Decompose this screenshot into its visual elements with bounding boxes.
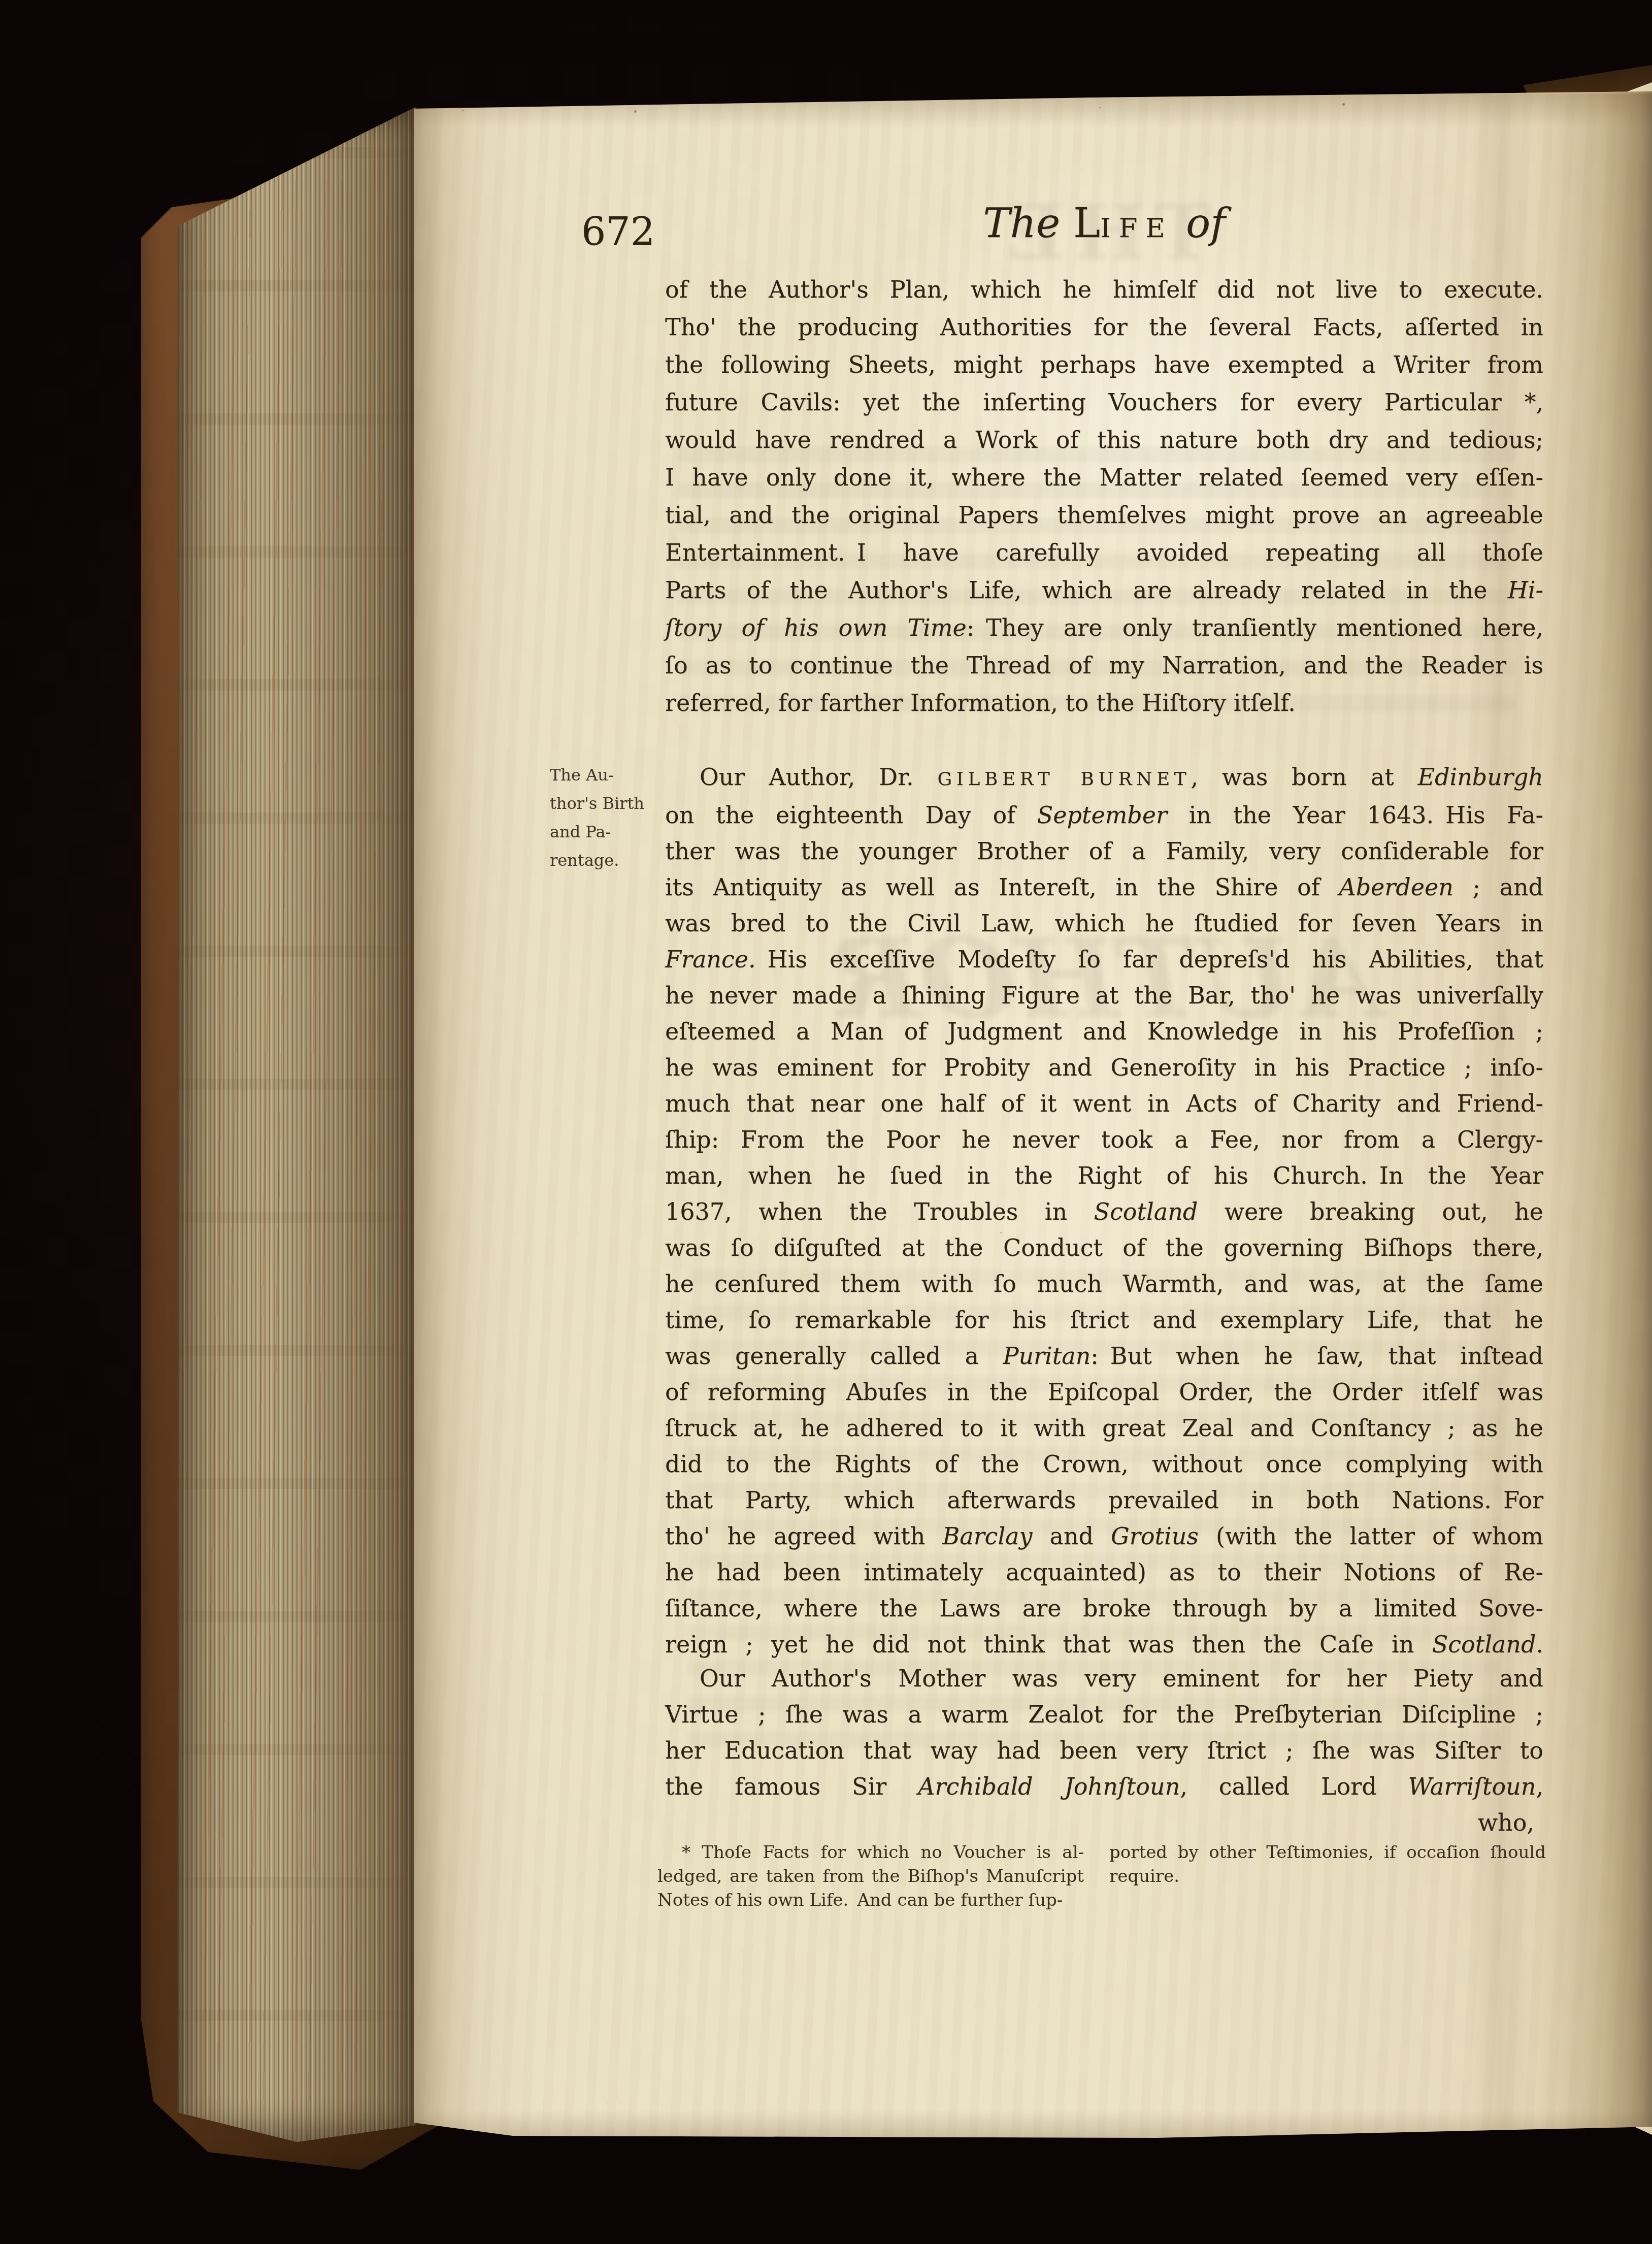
- text-line: ſhip: From the Poor he never took a Fee,…: [665, 1122, 1543, 1158]
- text-line: its Antiquity as well as Intereſt, in th…: [665, 869, 1543, 905]
- book-photograph: THE AUTHOR 672 The LIFE of The Au-thor's…: [0, 0, 1652, 2244]
- text-line: did to the Rights of the Crown, without …: [665, 1446, 1543, 1482]
- text-line: on the eighteenth Day of September in th…: [665, 797, 1543, 833]
- text-line: Parts of the Author's Life, which are al…: [665, 571, 1543, 609]
- text-line: of reforming Abuſes in the Epiſcopal Ord…: [665, 1374, 1543, 1410]
- text-line: and Pa-: [550, 818, 673, 846]
- text-line: I have only done it, where the Matter re…: [665, 459, 1543, 496]
- text-line: eſteemed a Man of Judgment and Knowledge…: [665, 1014, 1543, 1050]
- page-number: 672: [581, 212, 655, 251]
- text-line: ledged, are taken from the Biſhop's Manu…: [657, 1865, 1084, 1889]
- text-line: he cenſured them with ſo much Warmth, an…: [665, 1266, 1543, 1302]
- text-line: * Thoſe Facts for which no Voucher is al…: [657, 1841, 1084, 1865]
- footnote: * Thoſe Facts for which no Voucher is al…: [657, 1841, 1551, 1912]
- text-line: thor's Birth: [550, 789, 673, 818]
- body-paragraph: Our Author's Mother was very eminent for…: [665, 1661, 1543, 1805]
- footnote-column-2: ported by other Teſtimonies, if occaſion…: [1109, 1841, 1546, 1912]
- text-line: Our Author's Mother was very eminent for…: [665, 1661, 1543, 1697]
- text-line: The Au-: [550, 761, 673, 789]
- text-line: he had been intimately acquainted) as to…: [665, 1554, 1543, 1590]
- body-paragraph: of the Author's Plan, which he himſelf d…: [665, 271, 1543, 722]
- text-line: reign ; yet he did not think that was th…: [665, 1627, 1543, 1663]
- text-line: France. His exceſſive Modeſty ſo far dep…: [665, 941, 1543, 978]
- text-line: Entertainment. I have carefully avoided …: [665, 534, 1543, 571]
- text-line: require.: [1109, 1865, 1546, 1889]
- text-line: of the Author's Plan, which he himſelf d…: [665, 271, 1543, 308]
- text-line: 1637, when the Troubles in Scotland were…: [665, 1194, 1543, 1230]
- page-top-edge-shadow: [414, 91, 1652, 127]
- footnote-column-1: * Thoſe Facts for which no Voucher is al…: [657, 1841, 1084, 1912]
- text-line: ſo as to continue the Thread of my Narra…: [665, 646, 1543, 684]
- text-line: referred, for farther Information, to th…: [665, 684, 1543, 722]
- text-line: was bred to the Civil Law, which he ſtud…: [665, 905, 1543, 941]
- page-bottom-edge-shadow: [414, 2110, 1652, 2140]
- text-line: he was eminent for Probity and Generoſit…: [665, 1050, 1543, 1086]
- text-line: would have rendred a Work of this nature…: [665, 421, 1543, 459]
- text-line: ſtruck at, he adhered to it with great Z…: [665, 1410, 1543, 1446]
- text-line: her Education that way had been very ſtr…: [665, 1733, 1543, 1769]
- foxing-specks: [462, 110, 464, 111]
- text-line: Notes of his own Life. And can be furthe…: [657, 1889, 1084, 1912]
- text-line: the following Sheets, might perhaps have…: [665, 346, 1543, 383]
- text-line: ſtory of his own Time: They are only tra…: [665, 609, 1543, 646]
- page-left-edge-shadow: [414, 91, 480, 2140]
- text-line: ther was the younger Brother of a Family…: [665, 833, 1543, 869]
- text-line: tho' he agreed with Barclay and Grotius …: [665, 1518, 1543, 1554]
- text-line: Our Author, Dr. Gilbert Burnet, was born…: [665, 759, 1543, 797]
- text-line: The LIFE of: [665, 200, 1543, 247]
- text-line: was generally called a Puritan: But when…: [665, 1338, 1543, 1374]
- text-line: ſiſtance, where the Laws are broke throu…: [665, 1590, 1543, 1627]
- text-line: tial, and the original Papers themſelves…: [665, 496, 1543, 534]
- page-stack-fore-edge: [178, 107, 416, 2143]
- margin-note: The Au-thor's Birthand Pa-rentage.: [550, 761, 673, 874]
- text-line: the famous Sir Archibald Johnſtoun, call…: [665, 1769, 1543, 1805]
- text-line: Virtue ; ſhe was a warm Zealot for the P…: [665, 1697, 1543, 1733]
- catchword: who,: [665, 1805, 1534, 1841]
- text-line: rentage.: [550, 846, 673, 874]
- text-line: time, ſo remarkable for his ſtrict and e…: [665, 1302, 1543, 1338]
- text-line: much that near one half of it went in Ac…: [665, 1086, 1543, 1122]
- text-line: he never made a ſhining Figure at the Ba…: [665, 978, 1543, 1014]
- text-line: that Party, which afterwards prevailed i…: [665, 1482, 1543, 1518]
- text-line: future Cavils: yet the inſerting Voucher…: [665, 383, 1543, 421]
- running-title: The LIFE of: [665, 200, 1543, 247]
- book-page: THE AUTHOR 672 The LIFE of The Au-thor's…: [414, 91, 1652, 2140]
- text-line: ported by other Teſtimonies, if occaſion…: [1109, 1841, 1546, 1865]
- text-line: was ſo diſguſted at the Conduct of the g…: [665, 1230, 1543, 1266]
- text-line: man, when he ſued in the Right of his Ch…: [665, 1158, 1543, 1194]
- body-paragraph: Our Author, Dr. Gilbert Burnet, was born…: [665, 759, 1543, 1663]
- gutter-shadow: [1540, 91, 1652, 2140]
- text-line: Tho' the producing Authorities for the ſ…: [665, 308, 1543, 346]
